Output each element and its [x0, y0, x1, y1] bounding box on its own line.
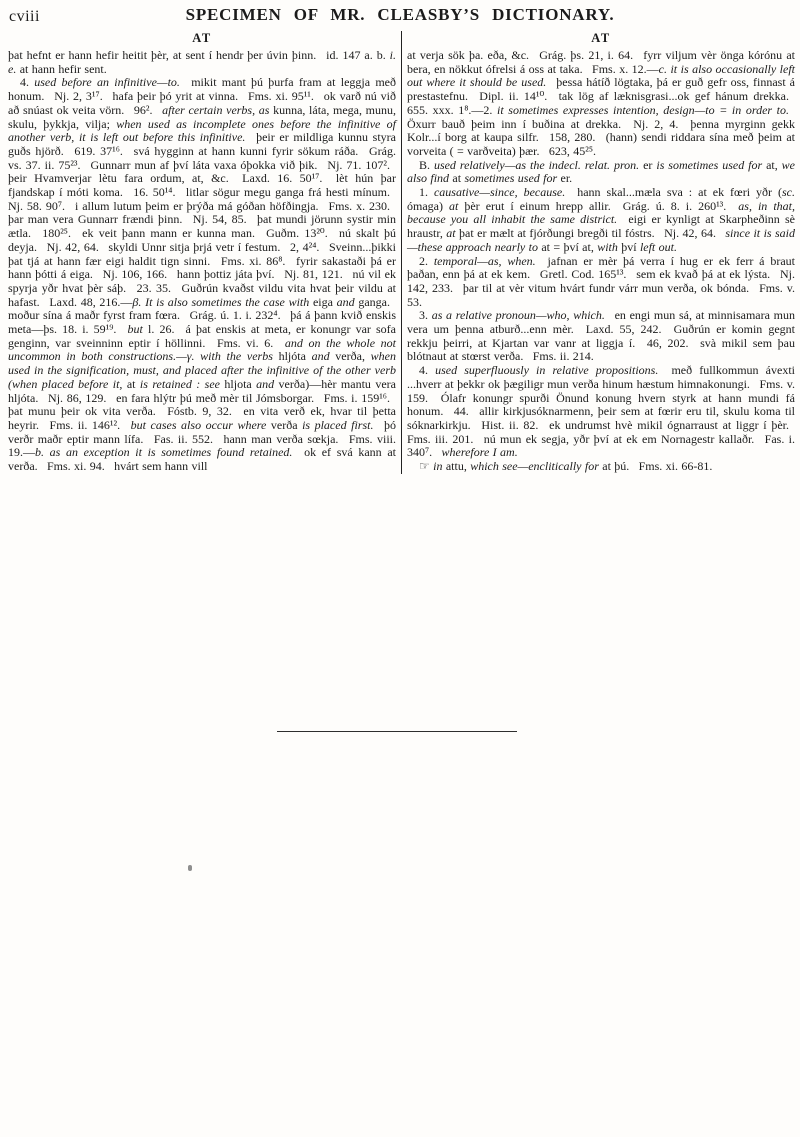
text-segment: used superfluously in relative propositi… — [435, 363, 671, 377]
text-segment: and — [256, 377, 278, 391]
text-segment: at — [452, 171, 464, 185]
right-column-heading: AT — [407, 31, 795, 49]
text-segment: eiga — [313, 295, 337, 309]
text-segment: β. It is also sometimes the case with — [132, 295, 313, 309]
text-segment: er — [643, 158, 656, 172]
text-segment: b. as an exception it is sometimes found… — [35, 445, 304, 459]
paragraph: 3. as a relative pronoun—who, which. en … — [407, 309, 795, 364]
separator-rule — [277, 731, 517, 732]
paragraph: 4. used superfluously in relative propos… — [407, 364, 795, 460]
text-segment: but — [128, 322, 148, 336]
text-segment: used relatively—as the indecl. relat. pr… — [434, 158, 643, 172]
text-segment: left out. — [640, 240, 677, 254]
text-segment: sometimes used for — [464, 171, 560, 185]
text-segment: causative—since, because. — [434, 185, 577, 199]
text-segment: at — [449, 199, 464, 213]
manicule-icon: ☞ — [419, 459, 433, 473]
text-segment: þat hefnt er hann hefir heitit þèr, at s… — [8, 48, 390, 62]
text-segment: is sometimes used for — [656, 158, 766, 172]
right-column: AT at verja sök þa. eða, &c. Grág. þs. 2… — [407, 31, 795, 474]
scanned-dictionary-page: cviii SPECIMEN OF MR. CLEASBY’S DICTIONA… — [0, 0, 800, 1137]
text-segment: and — [312, 349, 336, 363]
text-segment: 4. — [419, 363, 435, 377]
text-segment: at — [127, 377, 140, 391]
text-segment: því — [621, 240, 640, 254]
text-segment: at = því at, — [541, 240, 597, 254]
ink-speck — [188, 865, 192, 871]
text-segment: used before an infinitive—to. — [34, 75, 191, 89]
text-segment: hljóta — [279, 349, 312, 363]
text-segment: with — [597, 240, 621, 254]
text-segment: B. — [419, 158, 434, 172]
text-segment: which see—enclitically for — [470, 459, 602, 473]
text-segment: attu, — [446, 459, 470, 473]
text-segment: as a relative pronoun—who, which. — [432, 308, 615, 322]
text-segment: 2. — [419, 254, 434, 268]
text-segment: þeir er mildliga kunnu styra guðs hjörð.… — [8, 130, 396, 308]
paragraph: þat hefnt er hann hefir heitit þèr, at s… — [8, 49, 396, 76]
paragraph: 2. temporal—as, when. jafnan er mèr þá v… — [407, 255, 795, 310]
left-column-body: þat hefnt er hann hefir heitit þèr, at s… — [8, 49, 396, 474]
paragraph: 1. causative—since, because. hann skal..… — [407, 186, 795, 255]
paragraph: ☞ in attu, which see—enclitically for at… — [407, 460, 795, 474]
paragraph: B. used relatively—as the indecl. relat.… — [407, 159, 795, 186]
text-segment: wherefore I am. — [442, 445, 518, 459]
text-segment: at hann hefir sent. — [20, 62, 107, 76]
text-segment: temporal—as, when. — [434, 254, 548, 268]
text-segment: at, — [766, 158, 782, 172]
text-segment: hljota — [224, 377, 256, 391]
paragraph: at verja sök þa. eða, &c. Grág. þs. 21, … — [407, 49, 795, 159]
text-segment: er. — [561, 171, 573, 185]
text-segment: and — [337, 295, 359, 309]
text-segment: þèr erut í einum hrepp allir. Grág. ú. 8… — [464, 199, 738, 213]
two-column-text-block: AT þat hefnt er hann hefir heitit þèr, a… — [8, 31, 795, 474]
text-segment: is retained : see — [140, 377, 225, 391]
right-column-body: at verja sök þa. eða, &c. Grág. þs. 21, … — [407, 49, 795, 474]
text-segment: in — [433, 459, 446, 473]
text-segment: sc. — [782, 185, 795, 199]
left-column-heading: AT — [8, 31, 396, 49]
page-title: SPECIMEN OF MR. CLEASBY’S DICTIONARY. — [0, 5, 800, 25]
text-segment: 3. — [419, 308, 432, 322]
text-segment: verða — [271, 418, 302, 432]
text-segment: ómaga) — [407, 199, 449, 213]
text-segment: Öxurr bauð þeim inn í buðina at drekka. … — [407, 117, 795, 158]
text-segment: is placed first. — [302, 418, 384, 432]
text-segment: verða, — [335, 349, 370, 363]
text-segment: at — [446, 226, 459, 240]
paragraph: 4. used before an infinitive—to. mikit m… — [8, 76, 396, 473]
text-segment: it sometimes expresses intention, design… — [497, 103, 795, 117]
column-divider-rule — [401, 31, 402, 474]
text-segment: at þú. Fms. xi. 66-81. — [602, 459, 712, 473]
text-segment: but cases also occur where — [131, 418, 271, 432]
text-segment: 4. — [20, 75, 34, 89]
text-segment: 1. — [419, 185, 434, 199]
left-column: AT þat hefnt er hann hefir heitit þèr, a… — [8, 31, 396, 474]
text-segment: hann skal...mæla sva : at ek fœri yðr ( — [577, 185, 782, 199]
text-segment: þat er mælt at fjórðungi bregði til fóst… — [459, 226, 725, 240]
text-segment: after certain verbs, as — [162, 103, 273, 117]
